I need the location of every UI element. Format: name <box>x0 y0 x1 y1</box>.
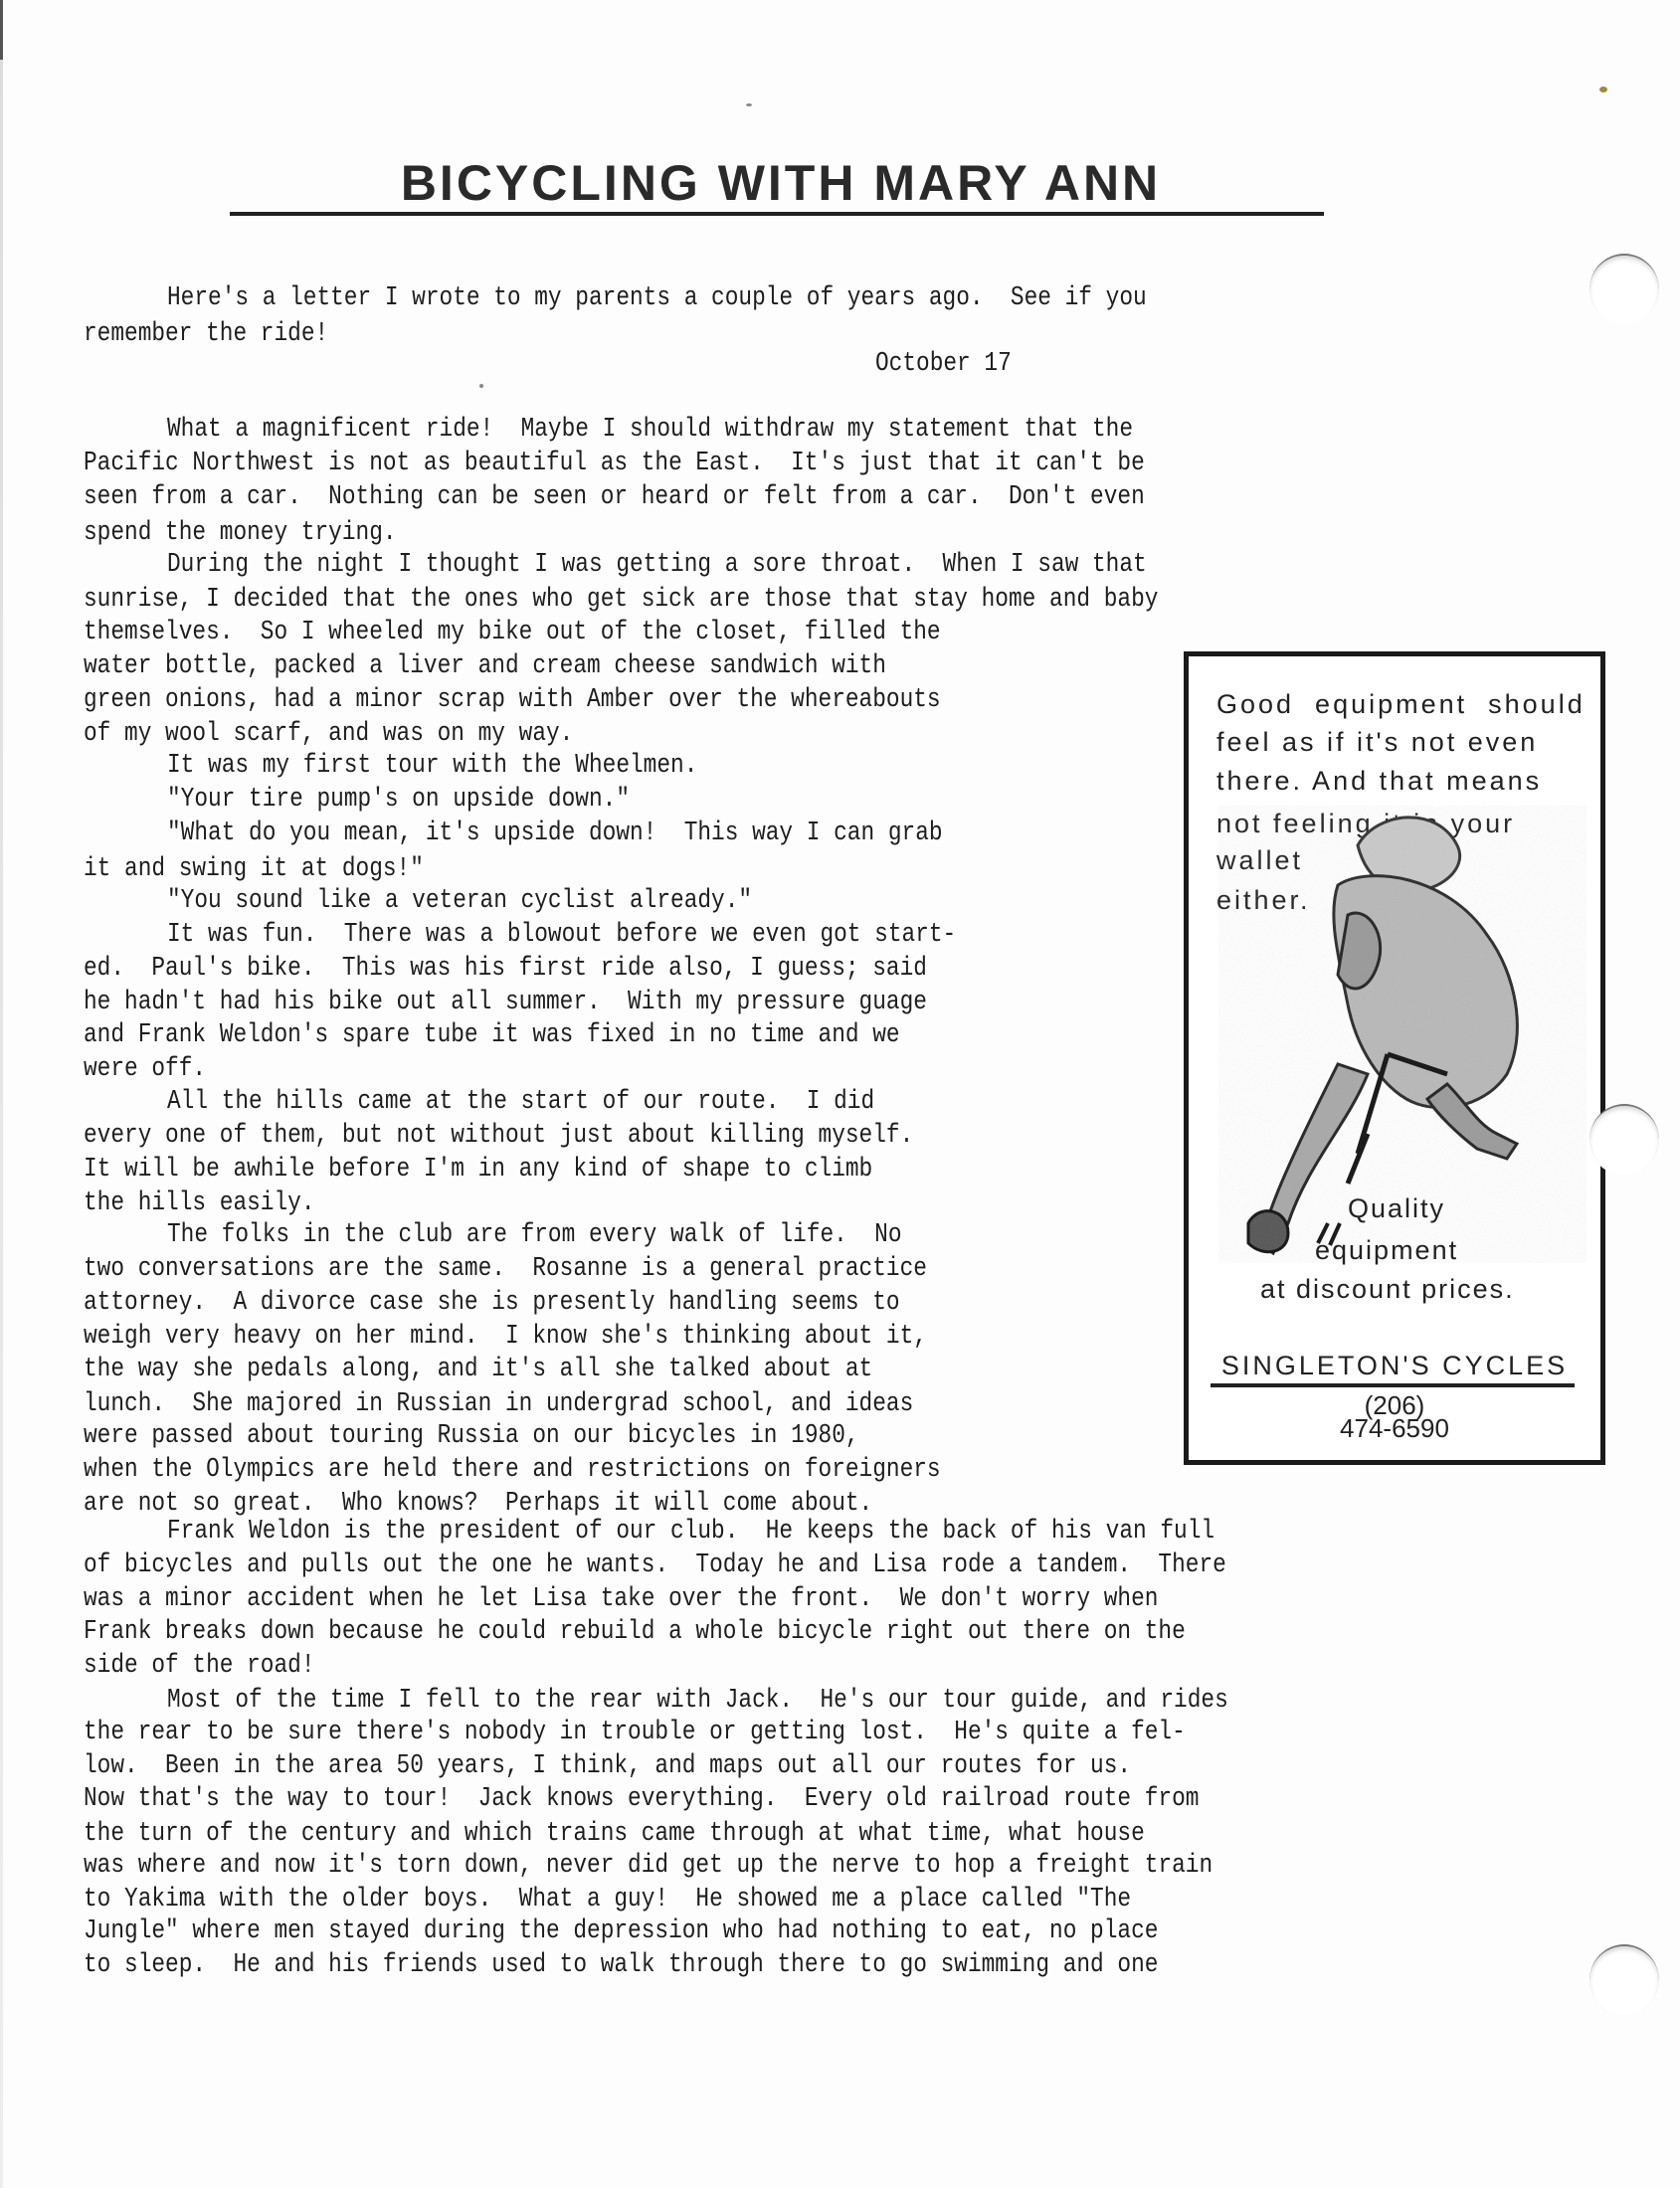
ad-tagline-line: at discount prices. <box>1260 1276 1515 1303</box>
ad-shop-name: SINGLETON'S CYCLES <box>1211 1353 1579 1379</box>
ad-tagline-line: Quality <box>1348 1195 1445 1222</box>
body-line: was a minor accident when he let Lisa ta… <box>84 1585 1158 1612</box>
body-line: he hadn't had his bike out all summer. W… <box>84 989 927 1015</box>
body-line: "What do you mean, it's upside down! Thi… <box>167 820 943 846</box>
intro-line: Here's a letter I wrote to my parents a … <box>167 284 1147 311</box>
letter-date: October 17 <box>875 350 1012 377</box>
body-line: Jungle" where men stayed during the depr… <box>84 1917 1158 1944</box>
body-line: of bicycles and pulls out the one he wan… <box>84 1551 1226 1578</box>
binder-hole <box>1589 1104 1659 1176</box>
body-line: "You sound like a veteran cyclist alread… <box>167 887 752 914</box>
body-line: the turn of the century and which trains… <box>84 1820 1145 1847</box>
page-edge <box>0 0 3 2188</box>
title-underline <box>230 212 1324 216</box>
body-line: when the Olympics are held there and res… <box>84 1456 941 1483</box>
page-title: BICYCLING WITH MARY ANN <box>229 154 1333 212</box>
body-line: spend the money trying. <box>84 519 397 546</box>
body-line: are not so great. Who knows? Perhaps it … <box>84 1490 872 1517</box>
body-line: was where and now it's torn down, never … <box>84 1852 1213 1879</box>
body-line: water bottle, packed a liver and cream c… <box>84 652 886 679</box>
body-line: It was my first tour with the Wheelmen. <box>167 752 697 779</box>
body-line: ed. Paul's bike. This was his first ride… <box>84 955 927 982</box>
body-line: weigh very heavy on her mind. I know she… <box>84 1323 927 1350</box>
body-line: green onions, had a minor scrap with Amb… <box>84 686 941 713</box>
body-line: themselves. So I wheeled my bike out of … <box>84 619 941 645</box>
intro-line: remember the ride! <box>84 320 328 347</box>
body-line: During the night I thought I was getting… <box>167 551 1147 578</box>
body-line: the hills easily. <box>84 1189 315 1216</box>
body-line: "Your tire pump's on upside down." <box>167 786 630 813</box>
paper-speck <box>746 103 752 106</box>
body-line: Frank breaks down because he could rebui… <box>84 1618 1186 1645</box>
body-line: Pacific Northwest is not as beautiful as… <box>84 450 1145 476</box>
body-line: It will be awhile before I'm in any kind… <box>84 1156 872 1183</box>
ad-shop-underline <box>1211 1383 1575 1387</box>
ad-headline-line: feel as if it's not even <box>1216 729 1538 756</box>
body-line: every one of them, but not without just … <box>84 1122 913 1149</box>
advertisement-box: Good equipment should feel as if it's no… <box>1184 651 1605 1465</box>
binder-hole <box>1589 254 1659 325</box>
body-line: The folks in the club are from every wal… <box>167 1221 902 1248</box>
body-line: to sleep. He and his friends used to wal… <box>84 1951 1158 1978</box>
body-line: Frank Weldon is the president of our clu… <box>167 1518 1214 1545</box>
body-line: sunrise, I decided that the ones who get… <box>84 586 1158 613</box>
body-line: Most of the time I fell to the rear with… <box>167 1687 1228 1714</box>
body-line: All the hills came at the start of our r… <box>167 1088 874 1115</box>
body-line: two conversations are the same. Rosanne … <box>84 1255 927 1282</box>
ad-headline-line: Good equipment should <box>1216 691 1586 718</box>
body-line: It was fun. There was a blowout before w… <box>167 921 956 948</box>
binder-hole <box>1589 1944 1659 2016</box>
body-line: low. Been in the area 50 years, I think,… <box>84 1752 1131 1779</box>
body-line: the rear to be sure there's nobody in tr… <box>84 1719 1186 1745</box>
newsletter-page: BICYCLING WITH MARY ANN Here's a letter … <box>0 0 1680 2188</box>
body-line: seen from a car. Nothing can be seen or … <box>84 483 1145 510</box>
body-line: lunch. She majored in Russian in undergr… <box>84 1390 913 1417</box>
ad-tagline-line: equipment <box>1315 1237 1458 1264</box>
body-line: the way she pedals along, and it's all s… <box>84 1356 872 1382</box>
body-line: What a magnificent ride! Maybe I should … <box>167 416 1133 443</box>
paper-speck <box>1599 87 1607 92</box>
body-line: were off. <box>84 1055 206 1082</box>
body-line: and Frank Weldon's spare tube it was fix… <box>84 1021 900 1048</box>
body-line: of my wool scarf, and was on my way. <box>84 720 573 747</box>
paper-speck <box>479 384 483 388</box>
ad-headline-line: there. And that means <box>1216 768 1542 795</box>
body-line: Now that's the way to tour! Jack knows e… <box>84 1785 1199 1812</box>
body-line: were passed about touring Russia on our … <box>84 1422 859 1449</box>
ad-phone-number: 474-6590 <box>1211 1415 1579 1441</box>
body-line: to Yakima with the older boys. What a gu… <box>84 1886 1131 1913</box>
body-line: attorney. A divorce case she is presentl… <box>84 1289 900 1316</box>
body-line: side of the road! <box>84 1652 315 1679</box>
body-line: it and swing it at dogs!" <box>84 855 424 882</box>
